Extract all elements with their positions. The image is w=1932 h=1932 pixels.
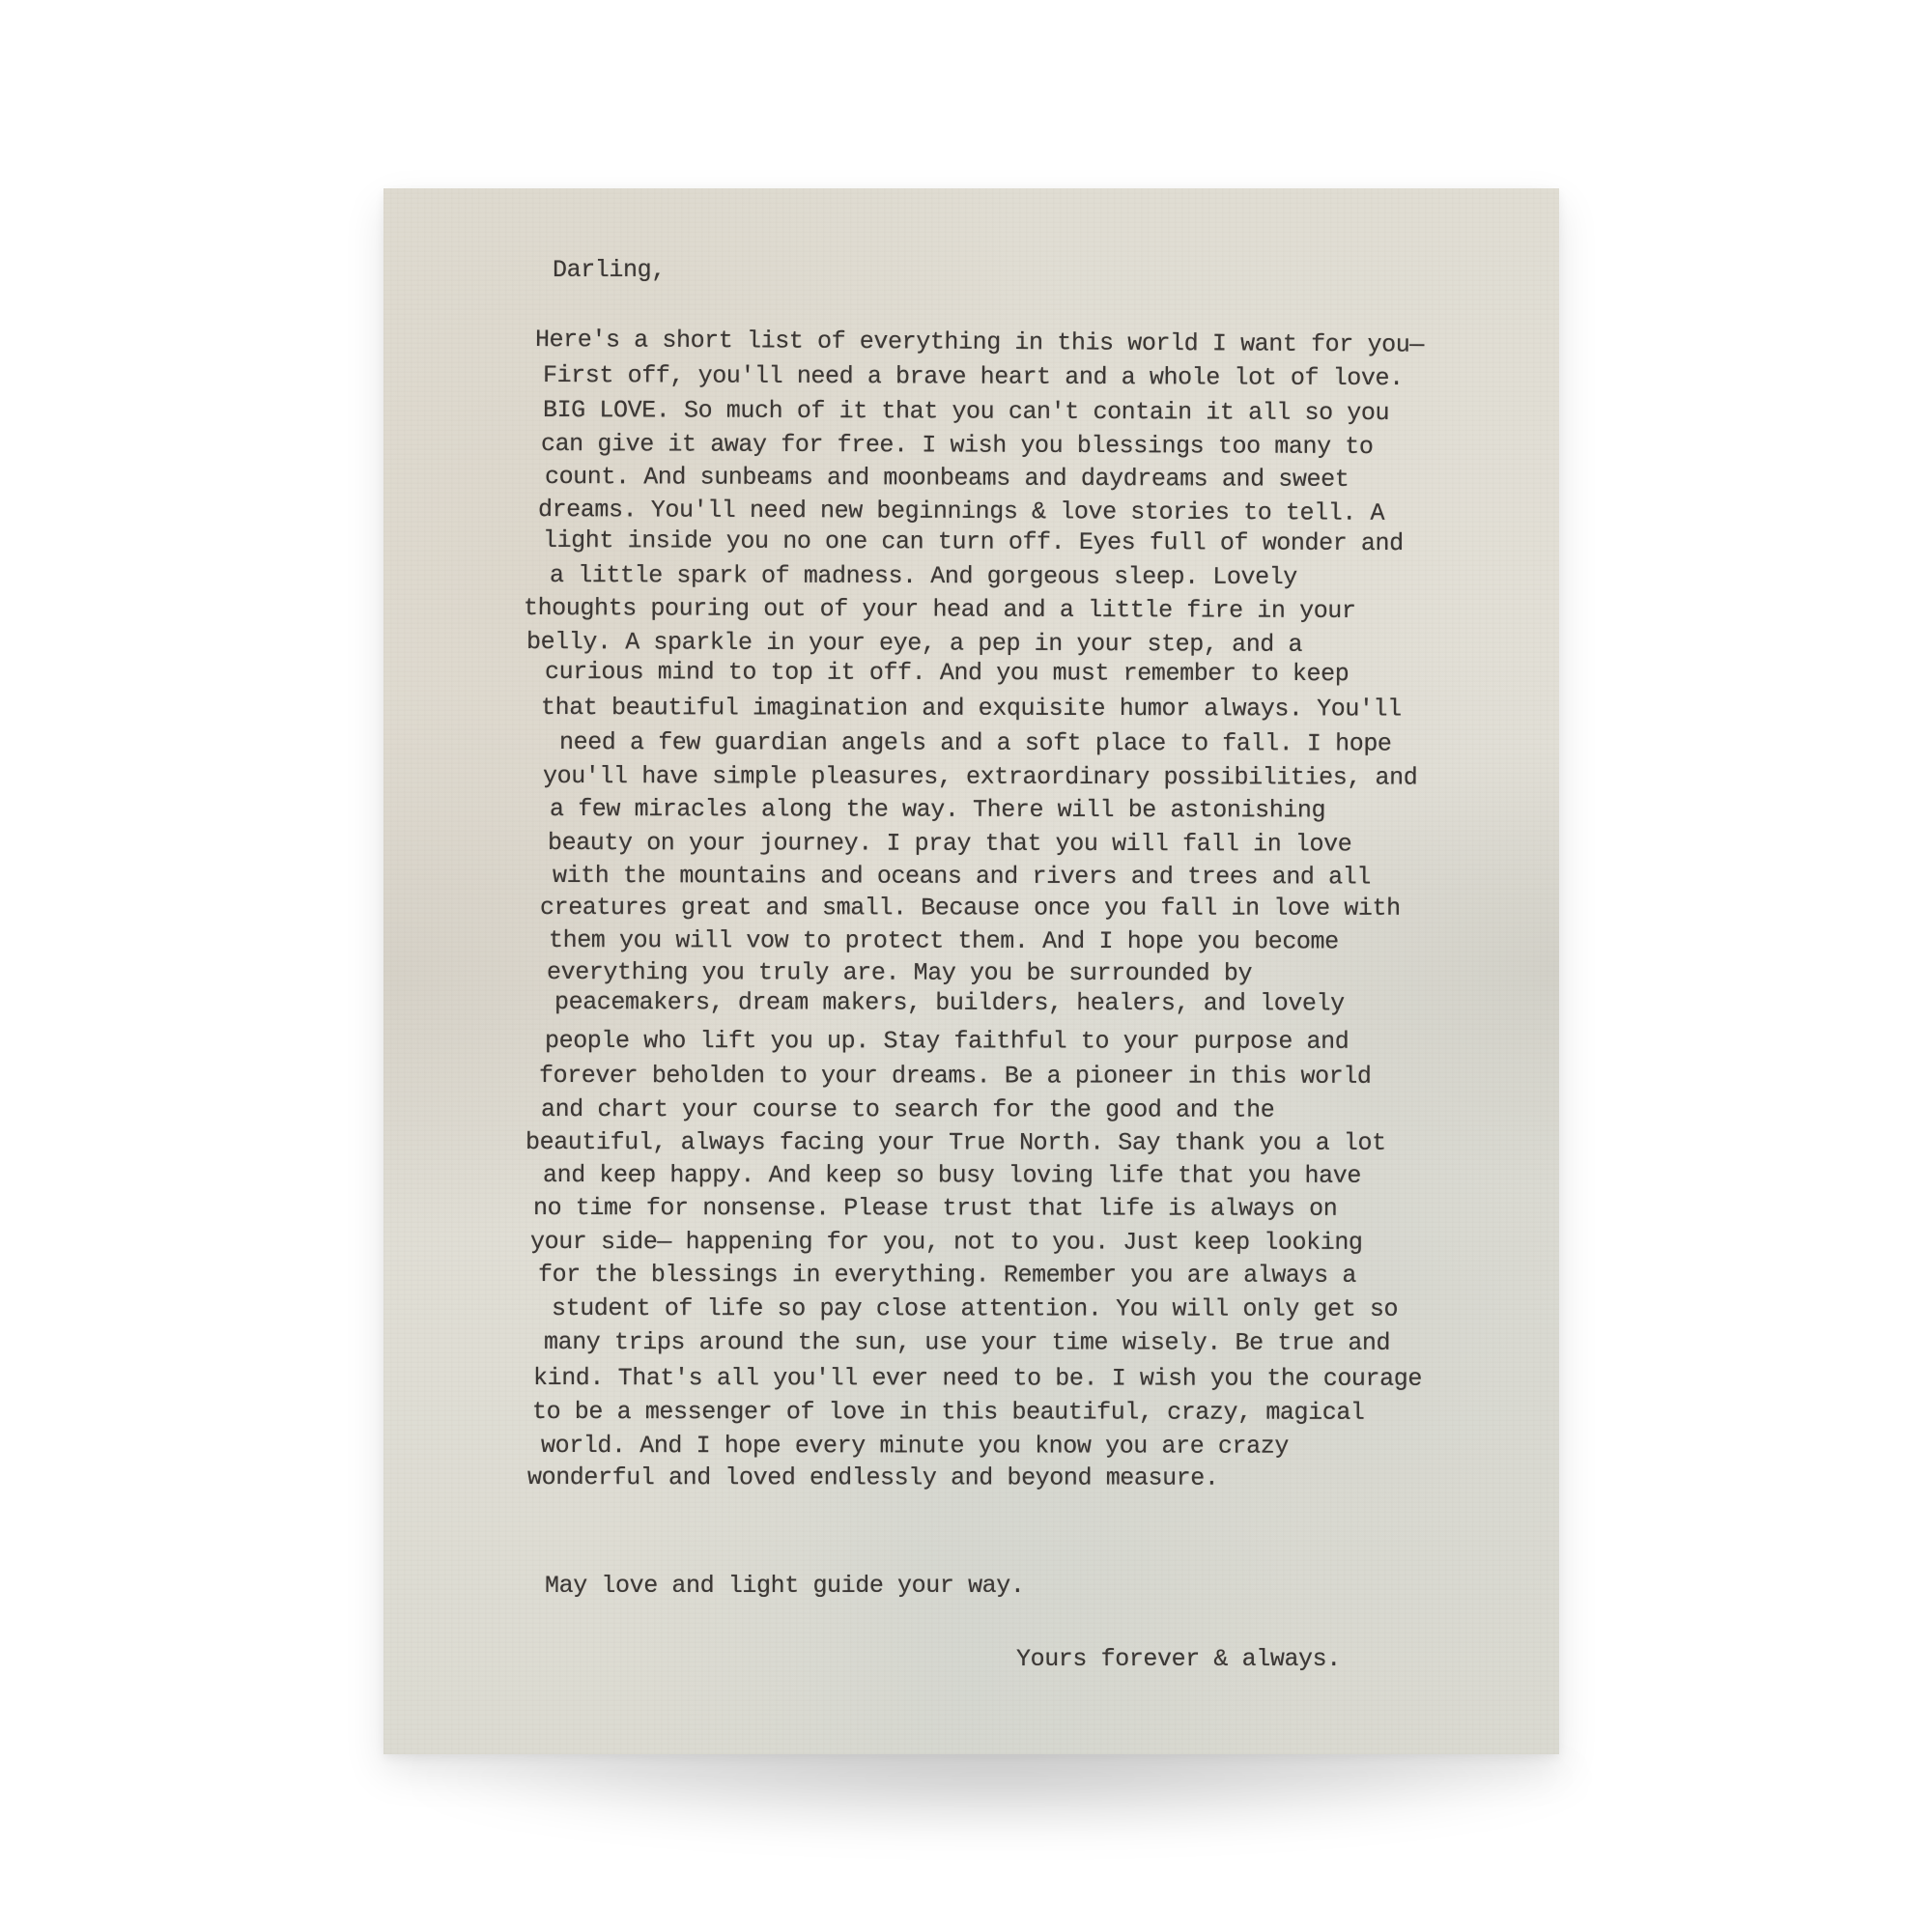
letter-body-line: can give it away for free. I wish you bl… [541,430,1374,461]
letter-body-line: student of life so pay close attention. … [552,1294,1398,1323]
letter-body-line: wonderful and loved endlessly and beyond… [527,1463,1219,1492]
letter-body-line: forever beholden to your dreams. Be a pi… [539,1062,1372,1091]
letter-body-line: no time for nonsense. Please trust that … [533,1194,1337,1223]
letter-body-line: people who lift you up. Stay faithful to… [545,1027,1349,1056]
letter-body-line: creatures great and small. Because once … [540,894,1401,923]
letter-signature: Yours forever & always. [1016,1645,1341,1673]
letter-body-line: First off, you'll need a brave heart and… [543,361,1404,392]
letter-body-line: light inside you no one can turn off. Ey… [543,526,1404,557]
letter-body-line: peacemakers, dream makers, builders, hea… [554,988,1345,1017]
letter-closing-line: May love and light guide your way. [545,1572,1024,1600]
letter-body-line: Here's a short list of everything in thi… [535,326,1424,359]
letter-body-line: many trips around the sun, use your time… [544,1328,1390,1357]
letter-body-line: everything you truly are. May you be sur… [547,958,1252,987]
letter-body-line: curious mind to top it off. And you must… [545,658,1349,688]
letter-body-line: with the mountains and oceans and rivers… [553,862,1371,891]
letter-body-line: belly. A sparkle in your eye, a pep in y… [526,628,1302,659]
product-display: Darling, Here's a short list of everythi… [0,0,1932,1932]
letter-body-line: dreams. You'll need new beginnings & lov… [538,496,1384,527]
letter-body-line: BIG LOVE. So much of it that you can't c… [543,396,1389,427]
letter-body-line: for the blessings in everything. Remembe… [538,1261,1356,1290]
letter-body-line: need a few guardian angels and a soft pl… [559,728,1392,758]
letter-body-line: them you will vow to protect them. And I… [549,926,1339,955]
letter-body-line: and chart your course to search for the … [541,1095,1274,1124]
letter-body-line: you'll have simple pleasures, extraordin… [543,762,1417,792]
letter-body-line: a few miracles along the way. There will… [550,795,1325,824]
letter-body-line: world. And I hope every minute you know … [541,1432,1289,1461]
letter-body-line: your side— happening for you, not to you… [530,1228,1363,1257]
letter-body-line: that beautiful imagination and exquisite… [541,694,1402,724]
letter-body-line: beautiful, always facing your True North… [526,1128,1386,1157]
letter-body-line: and keep happy. And keep so busy loving … [543,1161,1361,1190]
letter-body-line: thoughts pouring out of your head and a … [524,594,1356,625]
canvas-print: Darling, Here's a short list of everythi… [384,188,1559,1754]
letter-body-line: a little spark of madness. And gorgeous … [550,561,1297,591]
letter-body-line: to be a messenger of love in this beauti… [532,1398,1365,1427]
letter-body-line: beauty on your journey. I pray that you … [548,829,1351,858]
typewritten-letter: Darling, Here's a short list of everythi… [384,188,1559,1754]
letter-body-line: kind. That's all you'll ever need to be.… [533,1364,1422,1393]
letter-body-line: count. And sunbeams and moonbeams and da… [545,463,1349,494]
letter-salutation: Darling, [553,256,666,284]
